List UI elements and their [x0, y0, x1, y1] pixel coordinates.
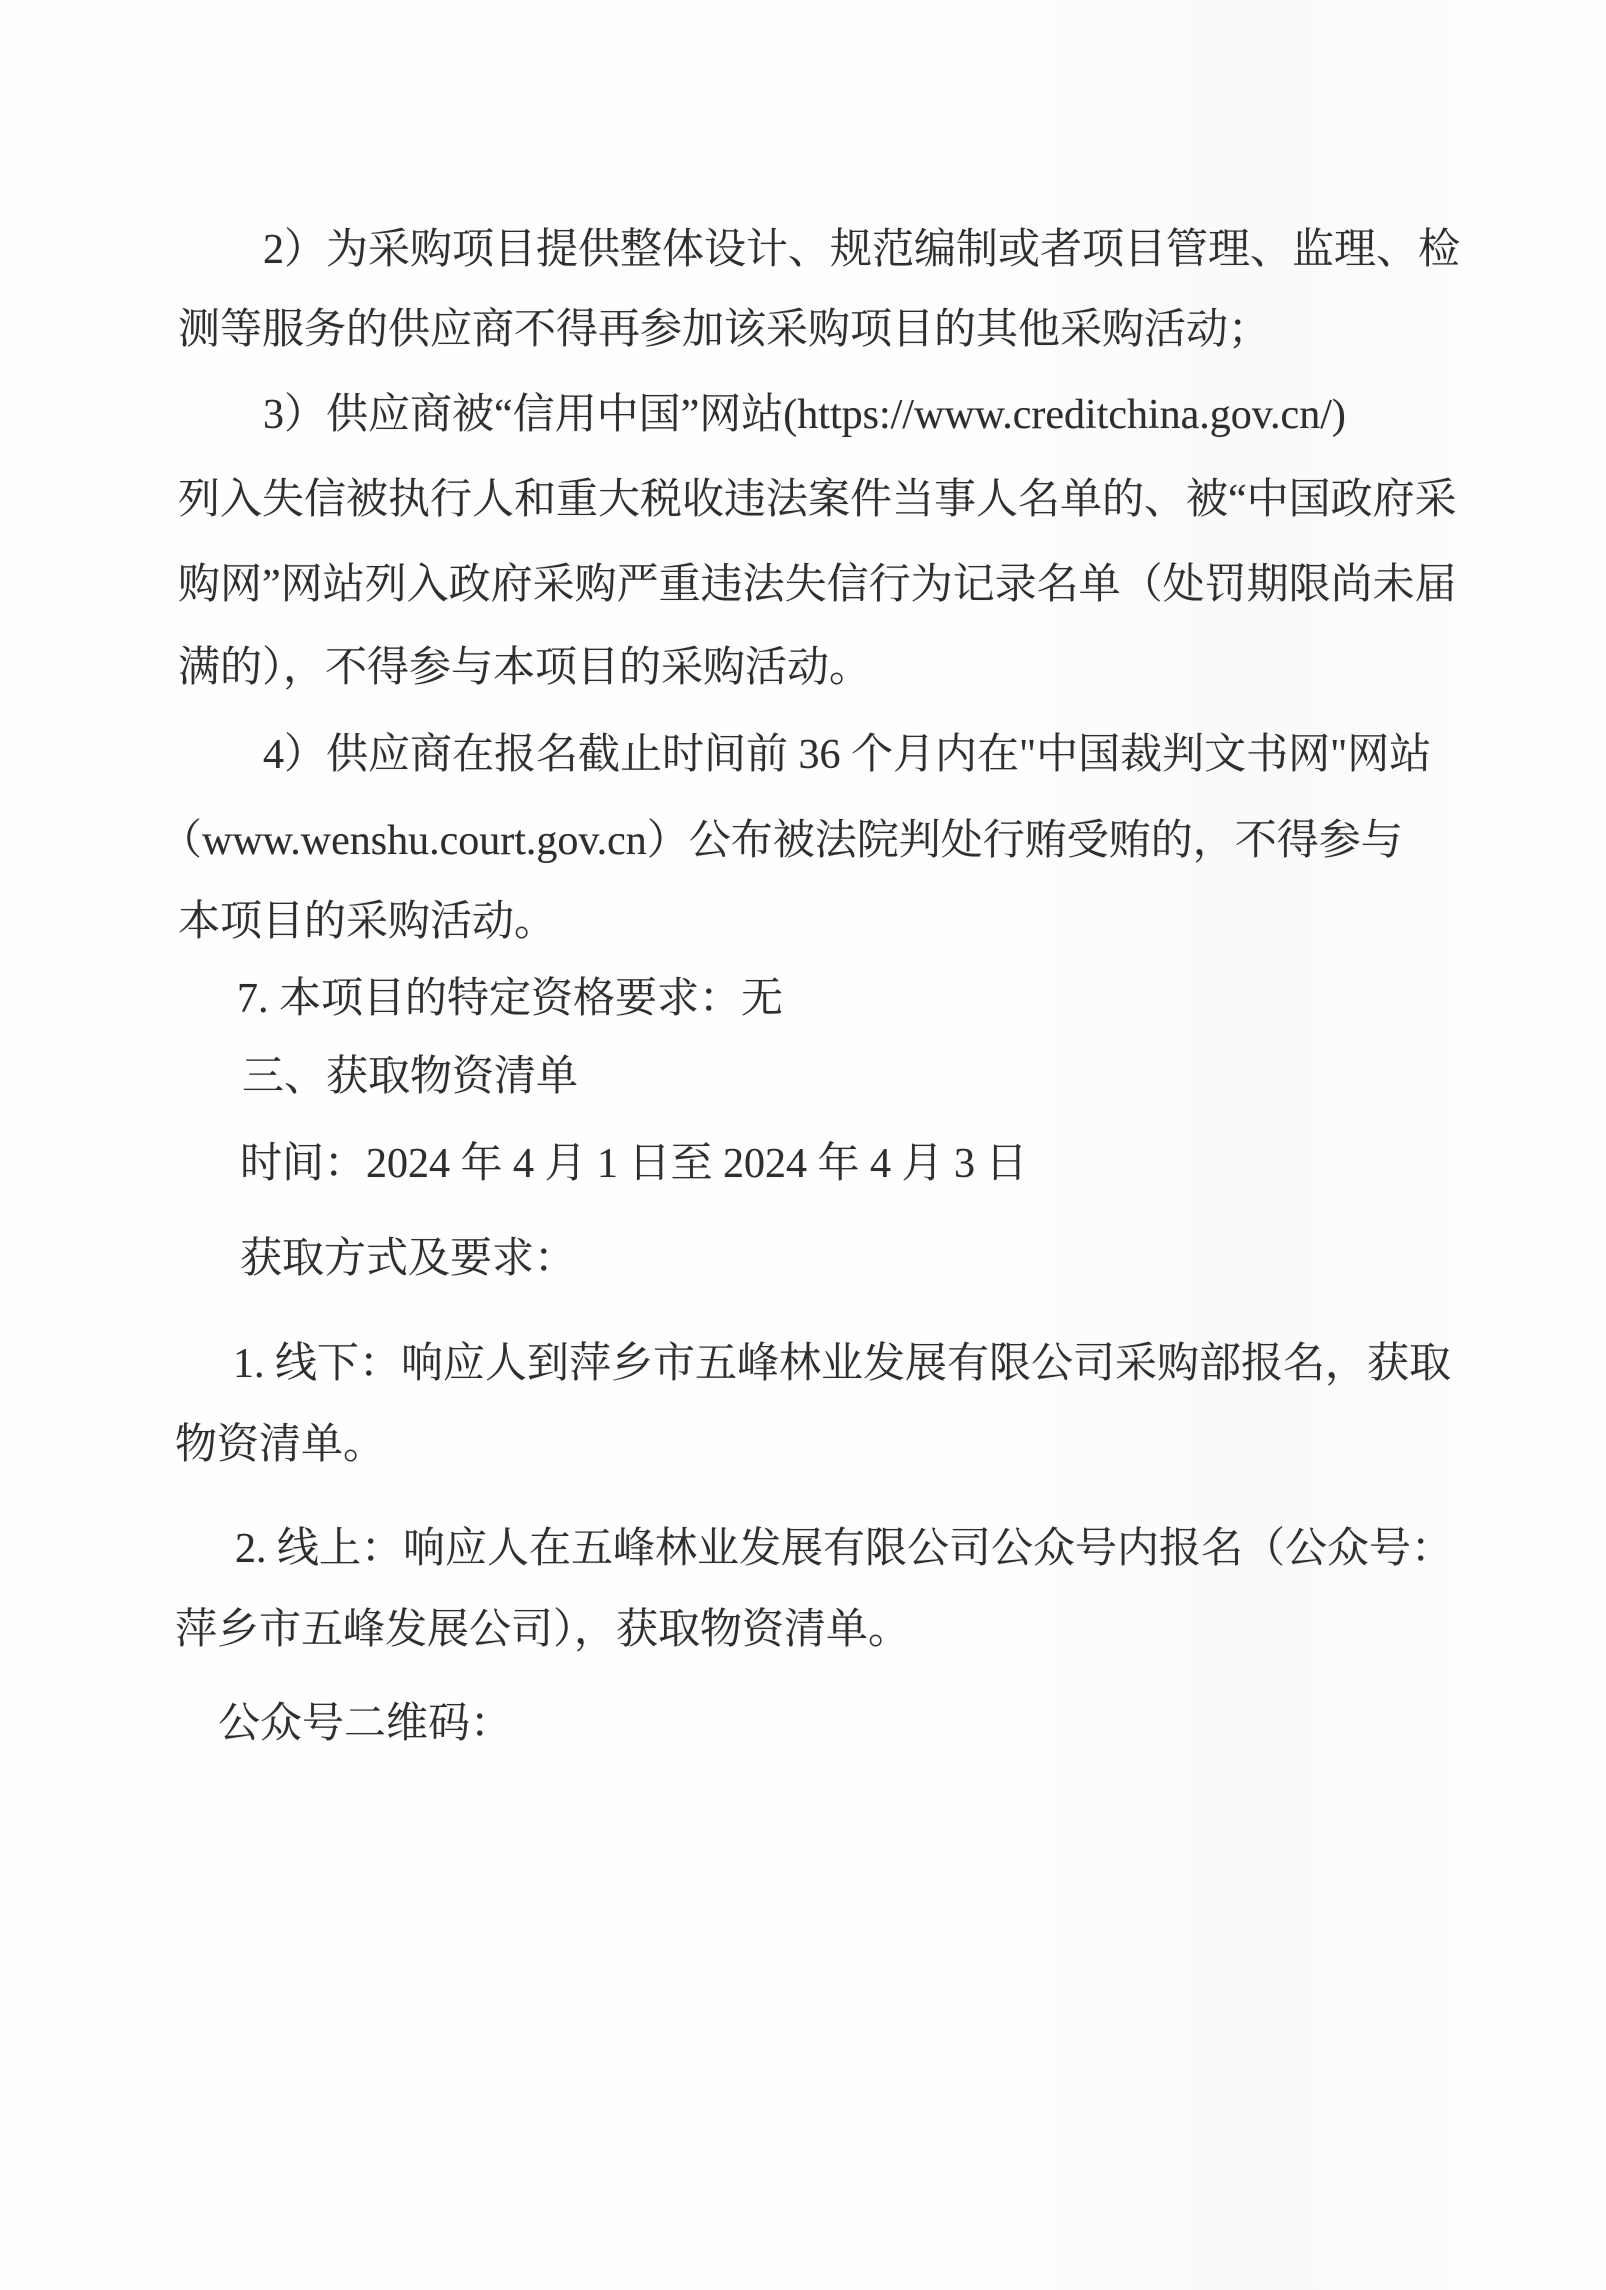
document-page: 2）为采购项目提供整体设计、规范编制或者项目管理、监理、检 测等服务的供应商不得…	[0, 0, 1606, 2290]
clause-4-line-2: （www.wenshu.court.gov.cn）公布被法院判处行贿受贿的，不得…	[160, 820, 1403, 862]
qrcode-label: 公众号二维码：	[218, 1703, 512, 1745]
method-offline-line-2: 物资清单。	[175, 1424, 385, 1466]
clause-2-line-1: 2）为采购项目提供整体设计、规范编制或者项目管理、监理、检	[263, 229, 1460, 271]
clause-2-line-2: 测等服务的供应商不得再参加该采购项目的其他采购活动；	[178, 309, 1270, 351]
clause-4-line-1: 4）供应商在报名截止时间前 36 个月内在"中国裁判文书网"网站	[263, 734, 1431, 776]
section-3-heading: 三、获取物资清单	[242, 1056, 578, 1098]
method-online-line-2: 萍乡市五峰发展公司），获取物资清单。	[175, 1609, 910, 1651]
item-7-line: 7. 本项目的特定资格要求：无	[237, 978, 783, 1020]
clause-3-line-1: 3）供应商被“信用中国”网站(https://www.creditchina.g…	[263, 394, 1346, 436]
clause-4-line-3: 本项目的采购活动。	[178, 901, 556, 943]
method-offline-line-1: 1. 线下：响应人到萍乡市五峰林业发展有限公司采购部报名，获取	[233, 1343, 1451, 1385]
clause-3-line-2: 列入失信被执行人和重大税收违法案件当事人名单的、被“中国政府采	[178, 479, 1457, 521]
method-online-line-1: 2. 线上：响应人在五峰林业发展有限公司公众号内报名（公众号：	[235, 1528, 1453, 1570]
method-heading: 获取方式及要求：	[240, 1238, 576, 1280]
clause-3-line-3: 购网”网站列入政府采购严重违法失信行为记录名单（处罚期限尚未届	[178, 564, 1457, 606]
time-line: 时间：2024 年 4 月 1 日至 2024 年 4 月 3 日	[240, 1143, 1028, 1185]
clause-3-line-4: 满的），不得参与本项目的采购活动。	[178, 647, 871, 689]
